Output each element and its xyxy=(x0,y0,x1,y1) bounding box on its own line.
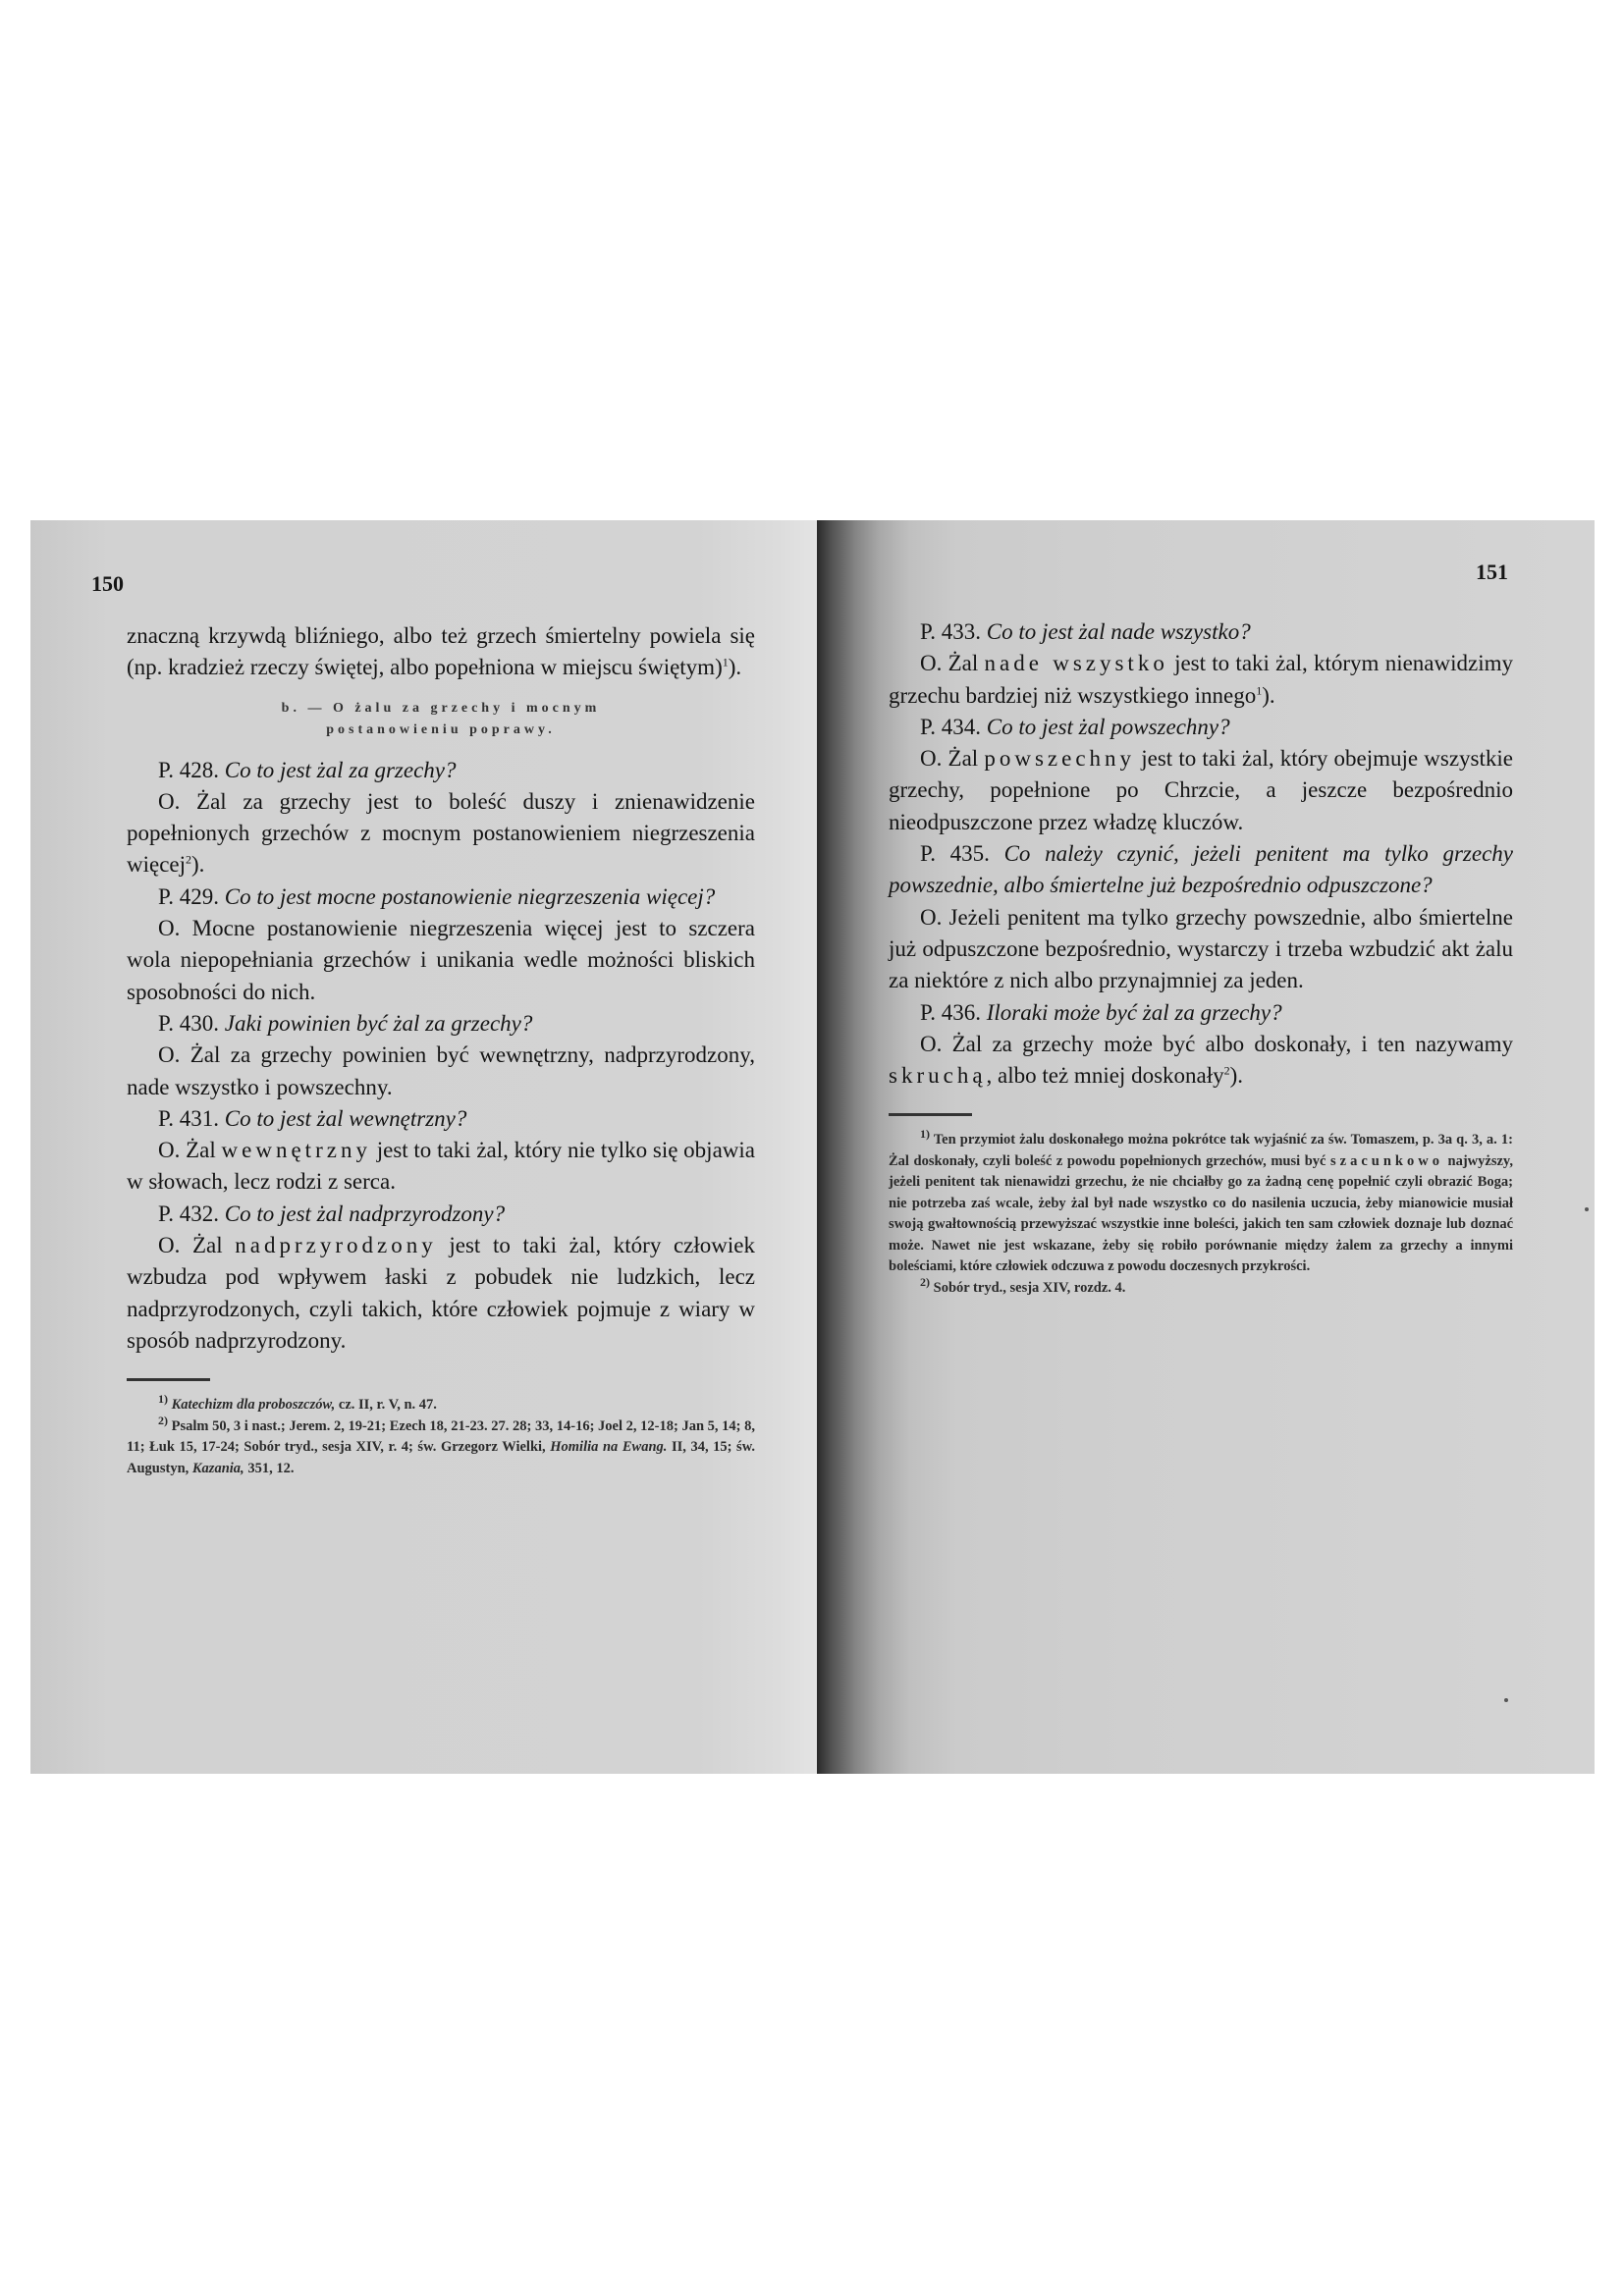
footnote: 1) Katechizm dla proboszczów, cz. II, r.… xyxy=(127,1395,755,1416)
right-page: 151 P. 433. Co to jest żal nade wszystko… xyxy=(817,520,1595,1774)
question: P. 432. Co to jest żal nadprzyrodzony? xyxy=(127,1199,755,1230)
answer: O. Żal wewnętrzny jest to taki żal, któr… xyxy=(127,1135,755,1199)
footnote-divider xyxy=(127,1378,210,1381)
section-heading: b. — O żalu za grzechy i mocnym postanow… xyxy=(127,698,755,741)
question: P. 436. Iloraki może być żal za grzechy? xyxy=(889,997,1513,1029)
question: P. 428. Co to jest żal za grzechy? xyxy=(127,755,755,786)
footnote-divider xyxy=(889,1113,972,1116)
footnotes-left: 1) Katechizm dla proboszczów, cz. II, r.… xyxy=(127,1395,755,1479)
answer: O. Żal za grzechy powinien być wewnętrzn… xyxy=(127,1040,755,1103)
answer: O. Mocne postanowienie niegrzeszenia wię… xyxy=(127,913,755,1008)
page-number-right: 151 xyxy=(1476,560,1508,585)
answer: O. Żal za grzechy może być albo doskonał… xyxy=(889,1029,1513,1093)
continuation-paragraph: znaczną krzywdą bliźniego, albo też grze… xyxy=(127,620,755,684)
question: P. 434. Co to jest żal powszechny? xyxy=(889,712,1513,743)
left-page-body: znaczną krzywdą bliźniego, albo też grze… xyxy=(127,620,755,1479)
book-scan: 150 znaczną krzywdą bliźniego, albo też … xyxy=(30,520,1595,1774)
answer: O. Żal nade wszystko jest to taki żal, k… xyxy=(889,648,1513,712)
left-page: 150 znaczną krzywdą bliźniego, albo też … xyxy=(30,520,817,1774)
scan-speck xyxy=(1504,1698,1508,1702)
page-number-left: 150 xyxy=(91,571,124,597)
answer: O. Żal za grzechy jest to boleść duszy i… xyxy=(127,786,755,881)
scan-speck xyxy=(1585,1207,1589,1211)
right-page-body: P. 433. Co to jest żal nade wszystko? O.… xyxy=(889,616,1513,1299)
question: P. 431. Co to jest żal wewnętrzny? xyxy=(127,1103,755,1135)
footnote: 2) Sobór tryd., sesja XIV, rozdz. 4. xyxy=(889,1278,1513,1300)
question: P. 433. Co to jest żal nade wszystko? xyxy=(889,616,1513,648)
question: P. 429. Co to jest mocne postanowienie n… xyxy=(127,881,755,913)
footnote: 1) Ten przymiot żalu doskonałego można p… xyxy=(889,1130,1513,1278)
footnotes-right: 1) Ten przymiot żalu doskonałego można p… xyxy=(889,1130,1513,1299)
answer: O. Żal nadprzyrodzony jest to taki żal, … xyxy=(127,1230,755,1357)
answer: O. Żal powszechny jest to taki żal, któr… xyxy=(889,743,1513,838)
question: P. 435. Co należy czynić, jeżeli peniten… xyxy=(889,838,1513,902)
answer: O. Jeżeli penitent ma tylko grzechy pows… xyxy=(889,902,1513,997)
footnote: 2) Psalm 50, 3 i nast.; Jerem. 2, 19-21;… xyxy=(127,1416,755,1480)
question: P. 430. Jaki powinien być żal za grzechy… xyxy=(127,1008,755,1040)
